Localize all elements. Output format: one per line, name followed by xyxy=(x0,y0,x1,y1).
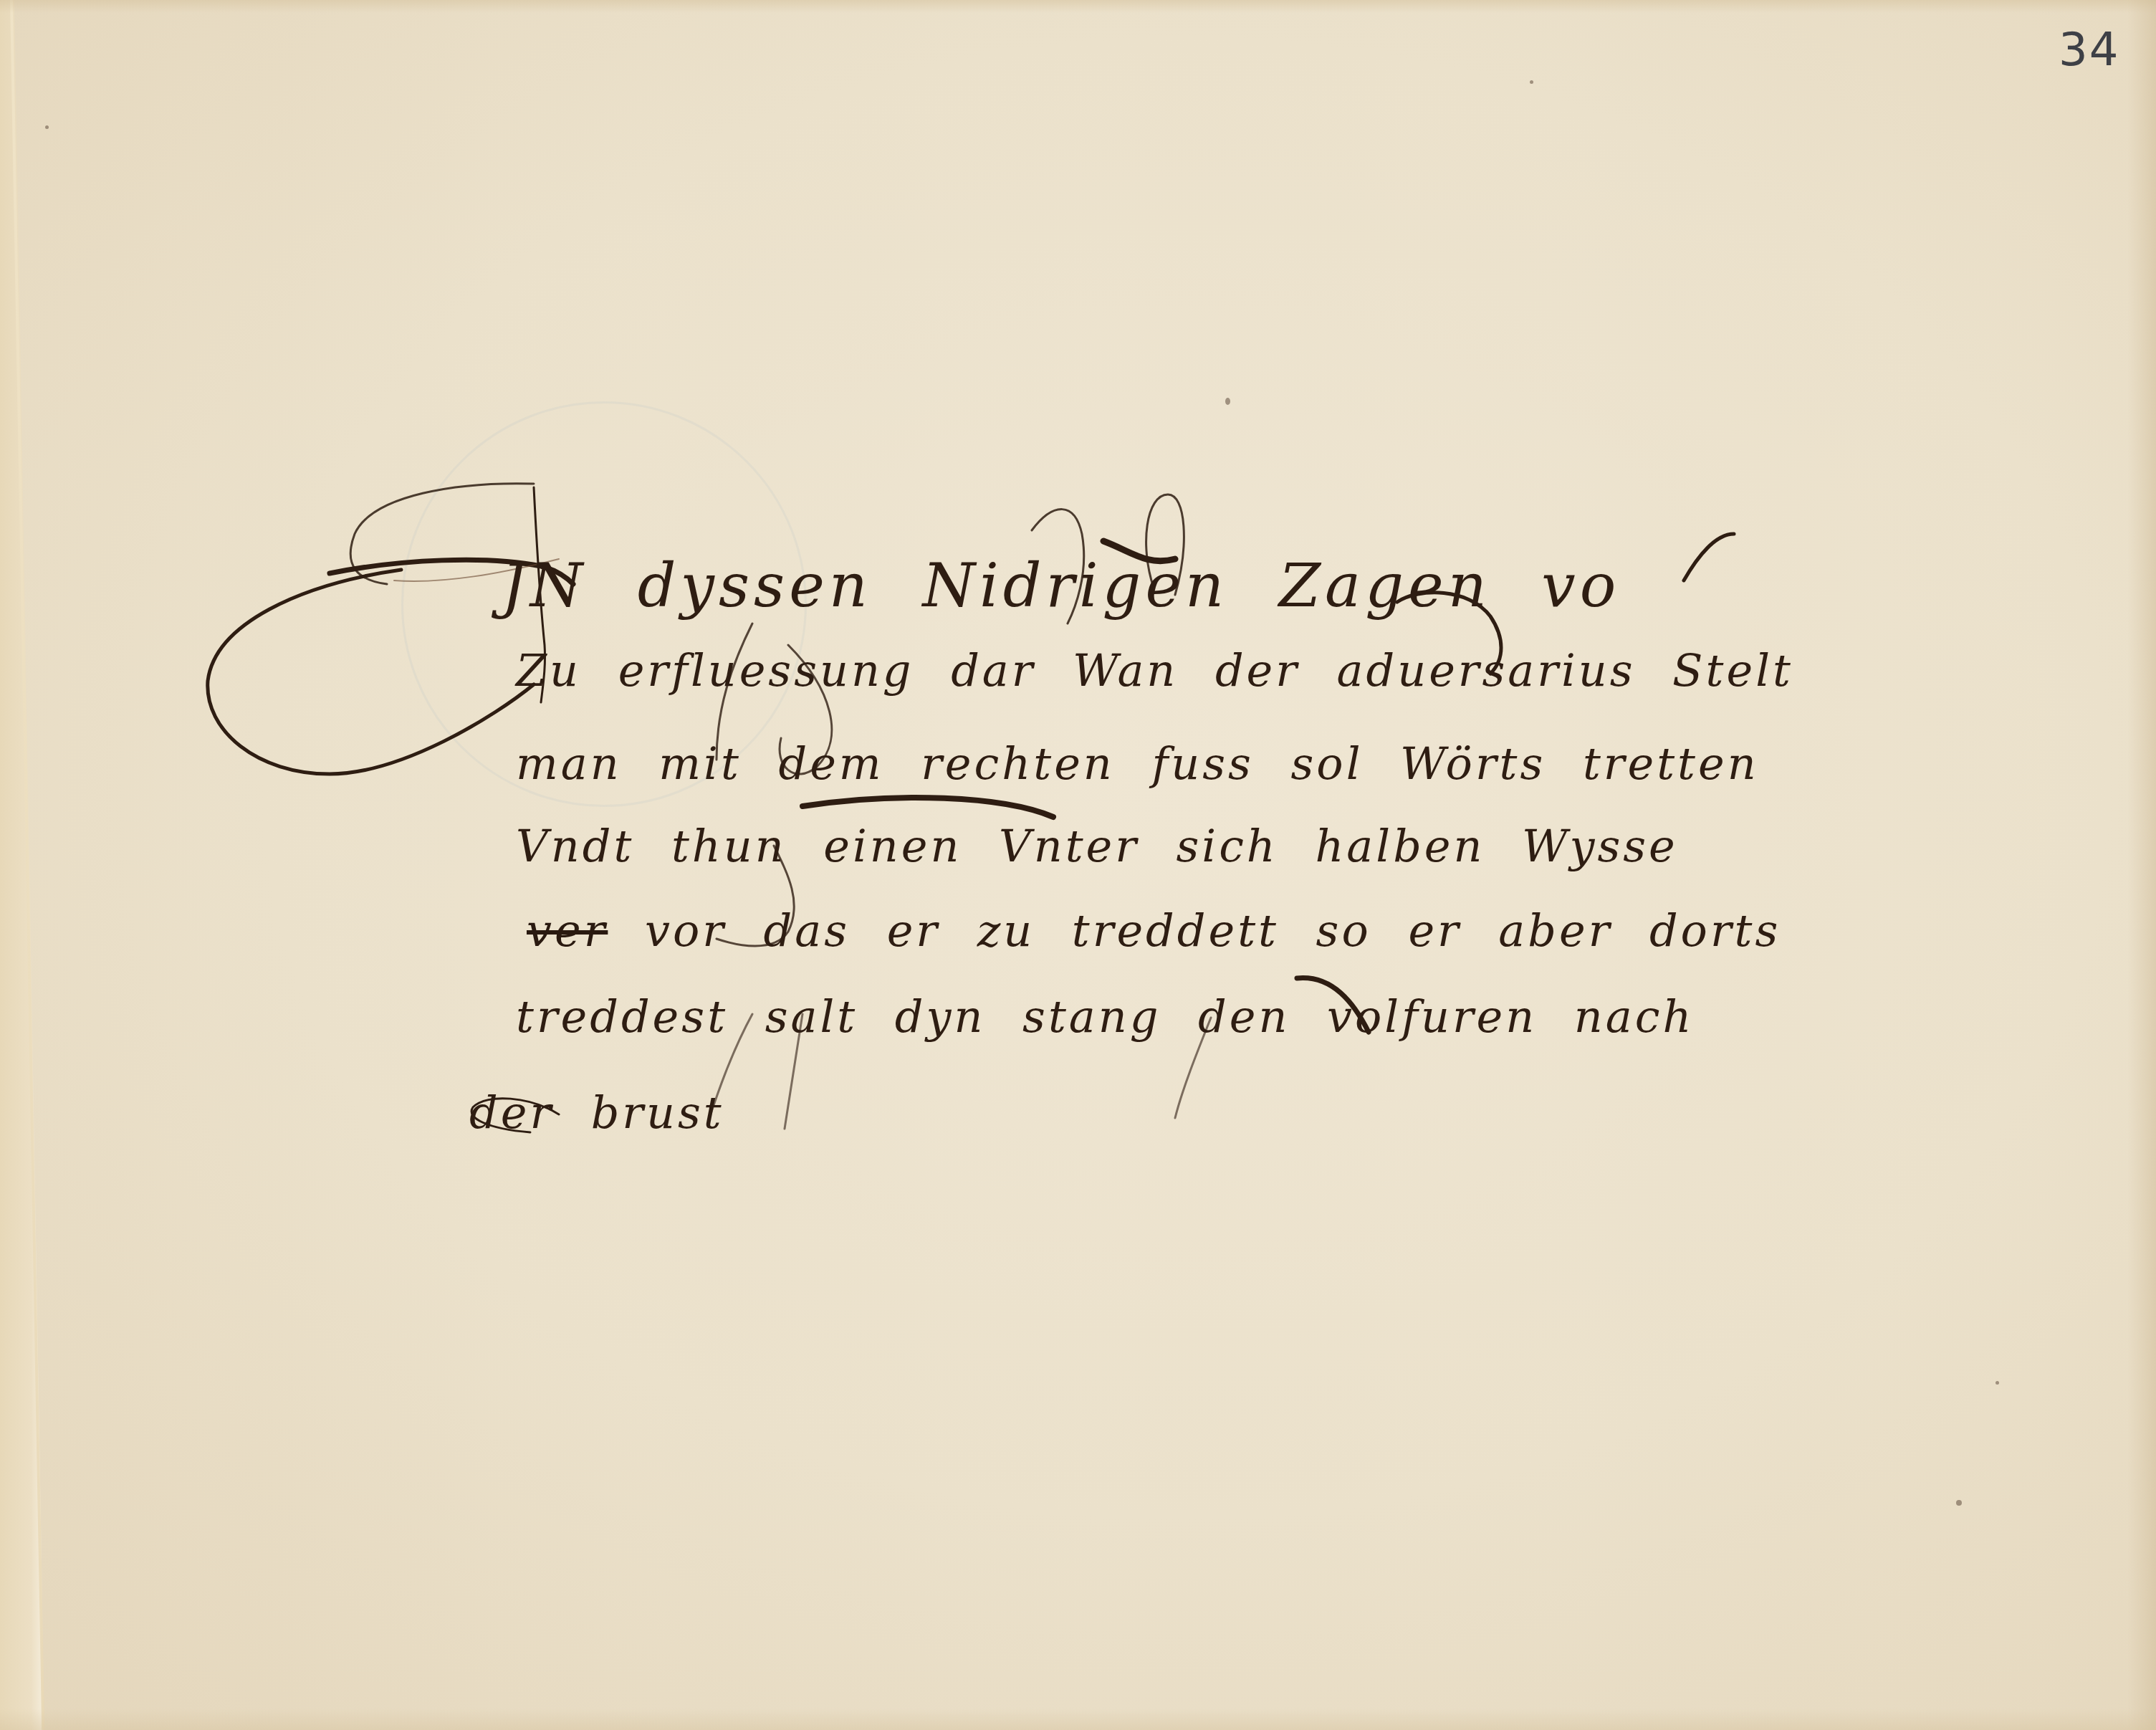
word: fuss xyxy=(1151,737,1254,790)
word: Wysse xyxy=(1522,820,1678,872)
word: rechten xyxy=(921,737,1115,790)
paper-speck xyxy=(45,125,49,129)
word: dyn xyxy=(895,990,986,1043)
word: Zagen xyxy=(1279,550,1491,621)
word: treddest xyxy=(516,990,728,1043)
page-right-edge xyxy=(2127,0,2156,1730)
word: volfuren xyxy=(1327,990,1537,1043)
manuscript-line-5: ver vor das er zu treddett so er aber do… xyxy=(527,909,1801,953)
initial-letter: J xyxy=(502,550,530,621)
manuscript-line-1: JN dyssen Nidrigen Zagen vo xyxy=(502,555,1647,616)
word: Stelt xyxy=(1672,644,1793,697)
word: vor xyxy=(645,904,727,957)
word: treddett xyxy=(1072,904,1279,957)
word: nach xyxy=(1574,990,1695,1043)
word: dorts xyxy=(1649,904,1781,957)
word: der xyxy=(469,1086,554,1139)
paper-speck xyxy=(1996,1381,1999,1385)
word: stang xyxy=(1022,990,1161,1043)
word: aber xyxy=(1498,904,1612,957)
manuscript-page: 34 xyxy=(0,0,2156,1730)
word: sol xyxy=(1291,737,1364,790)
manuscript-line-2: Zu erfluessung dar Wan der aduersarius S… xyxy=(516,649,1814,693)
word: halben xyxy=(1315,820,1485,872)
word: Nidrigen xyxy=(922,550,1228,621)
word: erfluessung xyxy=(618,644,914,697)
page-top-edge xyxy=(0,0,2156,13)
word: vo xyxy=(1541,550,1620,621)
word: Wan xyxy=(1073,644,1178,697)
manuscript-line-6: treddest salt dyn stang den volfuren nac… xyxy=(516,995,1714,1039)
manuscript-line-7: der brust xyxy=(469,1091,744,1135)
word: aduersarius xyxy=(1337,644,1636,697)
word: er xyxy=(887,904,940,957)
word: dar xyxy=(951,644,1035,697)
paper-speck xyxy=(1530,80,1533,84)
manuscript-line-3: man mit dem rechten fuss sol Wörts trett… xyxy=(516,742,1779,786)
word: tretten xyxy=(1583,737,1759,790)
word: er xyxy=(1408,904,1461,957)
word: dyssen xyxy=(638,550,872,621)
word: salt xyxy=(765,990,858,1043)
word: zu xyxy=(977,904,1035,957)
word: Wörts xyxy=(1400,737,1546,790)
manuscript-line-4: Vndt thun einen Vnter sich halben Wysse xyxy=(516,824,1698,869)
word: Vndt xyxy=(516,820,634,872)
page-bottom-edge xyxy=(0,1709,2156,1730)
page-number: 34 xyxy=(2059,27,2119,73)
word: brust xyxy=(591,1086,724,1139)
word: der xyxy=(1215,644,1300,697)
word: das xyxy=(764,904,850,957)
word: einen xyxy=(823,820,962,872)
word: Vnter xyxy=(999,820,1139,872)
word: dem xyxy=(778,737,883,790)
paper-speck xyxy=(1956,1500,1962,1506)
word: den xyxy=(1198,990,1290,1043)
word: N xyxy=(530,550,588,621)
paper-speck xyxy=(1225,398,1230,405)
word: man xyxy=(516,737,622,790)
word: thun xyxy=(671,820,787,872)
word: mit xyxy=(658,737,742,790)
word: so xyxy=(1316,904,1371,957)
struck-word: ver xyxy=(527,904,608,957)
word: Zu xyxy=(516,644,581,697)
word: sich xyxy=(1177,820,1278,872)
